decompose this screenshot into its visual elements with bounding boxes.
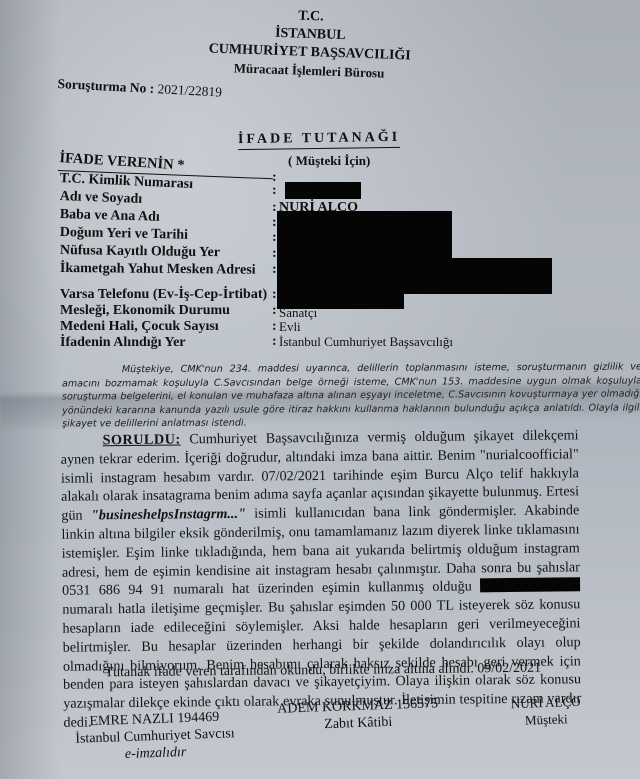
- field-label-phone: Varsa Telefonu (Ev-İş-Cep-İrtibat): [60, 287, 267, 303]
- rights-notice-text: Müştekiye, CMK'nun 234. maddesi uyarınca…: [62, 360, 640, 431]
- field-colon: :: [272, 303, 277, 319]
- field-label-marital: Medeni Hali, Çocuk Sayısı: [60, 319, 219, 335]
- redacted-phone-number: [480, 578, 580, 593]
- document-page: T.C. İSTANBUL CUMHURİYET BAŞSAVCILIĞI Mü…: [0, 0, 640, 779]
- field-colon: :: [272, 230, 277, 246]
- field-colon: :: [272, 200, 277, 216]
- redacted-parents-birth-registry: [277, 211, 452, 260]
- field-colon: :: [272, 287, 277, 303]
- document-header: T.C. İSTANBUL CUMHURİYET BAŞSAVCILIĞI Mü…: [159, 3, 461, 85]
- document-title: İFADE TUTANAĞI: [238, 130, 400, 150]
- field-colon: :: [272, 319, 277, 335]
- document-subtitle: ( Müşteki İçin): [288, 153, 370, 169]
- investigation-value: 2021/22819: [157, 81, 222, 99]
- statement-body: SORULDU: Cumhuriyet Başsavcılığınıza ver…: [60, 426, 581, 732]
- field-colon: :: [272, 334, 277, 350]
- statement-lead: SORULDU:: [102, 431, 180, 448]
- statement-username: "busineshelpsInstagrm...": [91, 506, 246, 524]
- field-colon: :: [272, 246, 277, 262]
- signature-clerk: ADEM KORKMAZ 156575 Zabıt Kâtibi: [262, 695, 453, 736]
- page-shadow: [0, 0, 60, 779]
- field-colon: :: [272, 262, 277, 278]
- field-colon: :: [272, 183, 277, 199]
- field-colon: :: [272, 215, 277, 231]
- field-value-location: İstanbul Cumhuriyet Başsavcılığı: [279, 334, 453, 350]
- signature-role: Müşteki: [496, 709, 597, 729]
- investigation-number: Soruşturma No : 2021/22819: [57, 76, 222, 101]
- field-label-occupation: Mesleği, Ekonomik Durumu: [60, 303, 230, 319]
- statement-paragraph: SORULDU: Cumhuriyet Başsavcılığınıza ver…: [60, 426, 581, 732]
- field-value-marital: Evli: [279, 319, 301, 335]
- field-label-birth: Doğum Yeri ve Tarihi: [60, 225, 189, 244]
- field-label-parents: Baba ve Ana Adı: [60, 207, 160, 226]
- signature-complainant: NURİ ALÇO Müşteki: [495, 692, 596, 729]
- field-label-name: Adı ve Soyadı: [59, 189, 142, 208]
- field-label-registry: Nüfusa Kayıtlı Olduğu Yer: [60, 243, 220, 261]
- signature-prosecutor: EMRE NAZLI 194469 İstanbul Cumhuriyet Sa…: [64, 708, 246, 765]
- rights-notice: Müştekiye, CMK'nun 234. maddesi uyarınca…: [62, 360, 640, 431]
- field-label-address: İkametgah Yahut Mesken Adresi: [60, 261, 256, 279]
- redacted-address: [277, 258, 552, 294]
- redacted-tc-id: [285, 182, 361, 199]
- field-label-location: İfadenin Alındığı Yer: [60, 335, 186, 351]
- investigation-label: Soruşturma No :: [57, 76, 154, 96]
